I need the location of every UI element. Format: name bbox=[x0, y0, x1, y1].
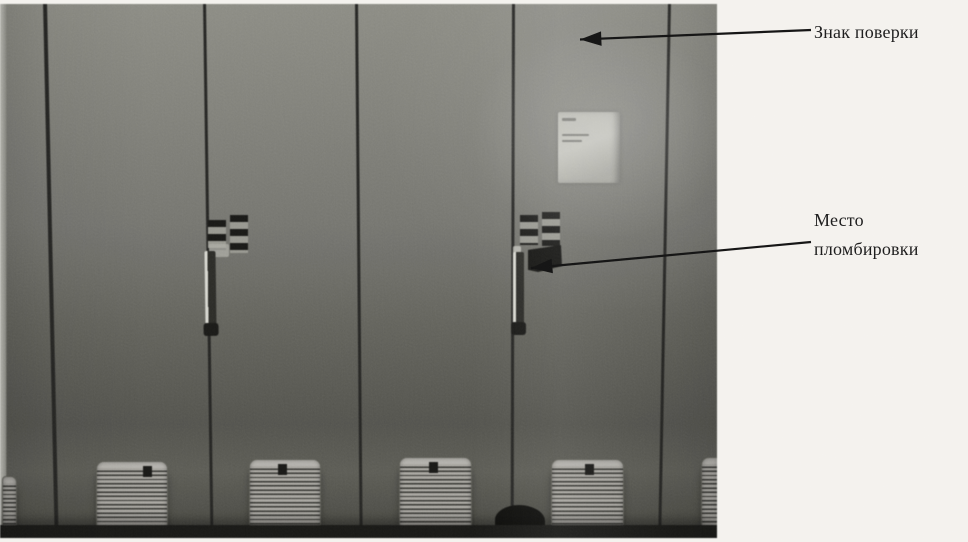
verification-mark-label: Знак поверки bbox=[814, 22, 919, 43]
photo-grain bbox=[0, 4, 717, 538]
cabinet-photo bbox=[0, 4, 717, 538]
sealing-place-label: Место пломбировки bbox=[814, 206, 948, 264]
figure-canvas: Знак поверки Место пломбировки bbox=[0, 0, 968, 542]
